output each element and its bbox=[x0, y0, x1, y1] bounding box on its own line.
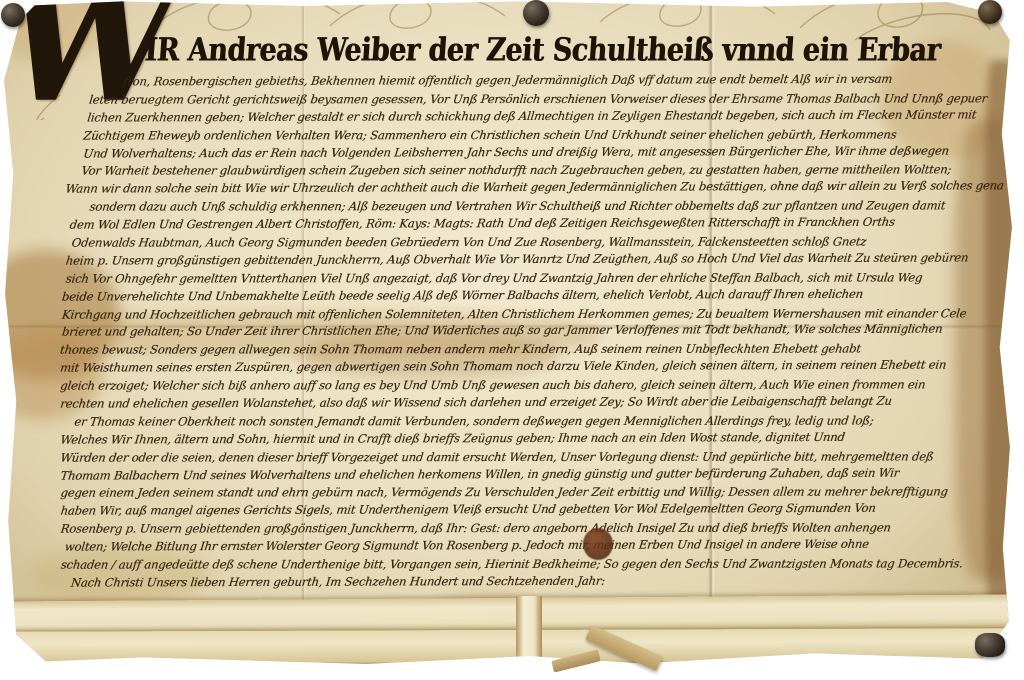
manuscript-photo: W IR Andreas Weiber der Zeit Schultheiß … bbox=[0, 0, 1024, 680]
manuscript-line: rechten und ehelichen gesellen Wolansteh… bbox=[59, 392, 1005, 413]
body-text: fron, Rosenbergischen gebieths, Bekhenne… bbox=[59, 70, 1005, 598]
manuscript-line: beide Unverehelichte Und Unbemakhelte Le… bbox=[59, 285, 1005, 306]
parchment-sheet: W IR Andreas Weiber der Zeit Schultheiß … bbox=[0, 0, 1018, 668]
seal-slit-strip bbox=[516, 596, 542, 664]
pin-top-right-icon bbox=[978, 0, 1002, 24]
manuscript-line: wolten; Welche Bitlung Ihr ernster Woler… bbox=[60, 536, 1005, 557]
manuscript-line: haben Wir, auß mangel aigenes Gerichts S… bbox=[60, 500, 1005, 521]
document-heading: IR Andreas Weiber der Zeit Schultheiß vn… bbox=[143, 32, 946, 69]
manuscript-line: mit Weisthumen seines ersten Zuspüren, g… bbox=[59, 357, 1005, 378]
manuscript-line: fron, Rosenbergischen gebieths, Bekhenne… bbox=[59, 70, 1004, 91]
plica-fold-lower bbox=[10, 628, 1012, 663]
wax-spot bbox=[583, 528, 613, 560]
manuscript-line: Wann wir dann solche sein bitt Wie wir U… bbox=[59, 178, 1004, 199]
manuscript-line: dem Wol Edlen Und Gestrengen Albert Chri… bbox=[59, 213, 1005, 234]
manuscript-line: lichen Zuerkhennen geben; Welcher gestal… bbox=[59, 106, 1004, 127]
pin-bottom-right-icon bbox=[975, 633, 1005, 657]
manuscript-line: brieret und gehalten; So Under Zeit ihre… bbox=[59, 321, 1005, 342]
manuscript-line: Thomam Balbachern Und seines Wolverhalte… bbox=[59, 464, 1004, 485]
manuscript-line: Welches Wir Ihnen, ältern und Sohn, hier… bbox=[59, 428, 1005, 449]
pin-top-center-icon bbox=[523, 0, 549, 26]
pin-top-left-icon bbox=[1, 3, 25, 27]
manuscript-line: Nach Christi Unsers lieben Herren geburt… bbox=[60, 571, 1005, 592]
manuscript-line: heim p. Unsern großgünstigen gebittenden… bbox=[59, 249, 1005, 270]
manuscript-line: Und Wolverhaltens; Auch das er Rein nach… bbox=[59, 142, 1004, 163]
heading-text: IR Andreas Weiber der Zeit Schultheiß vn… bbox=[143, 32, 946, 69]
